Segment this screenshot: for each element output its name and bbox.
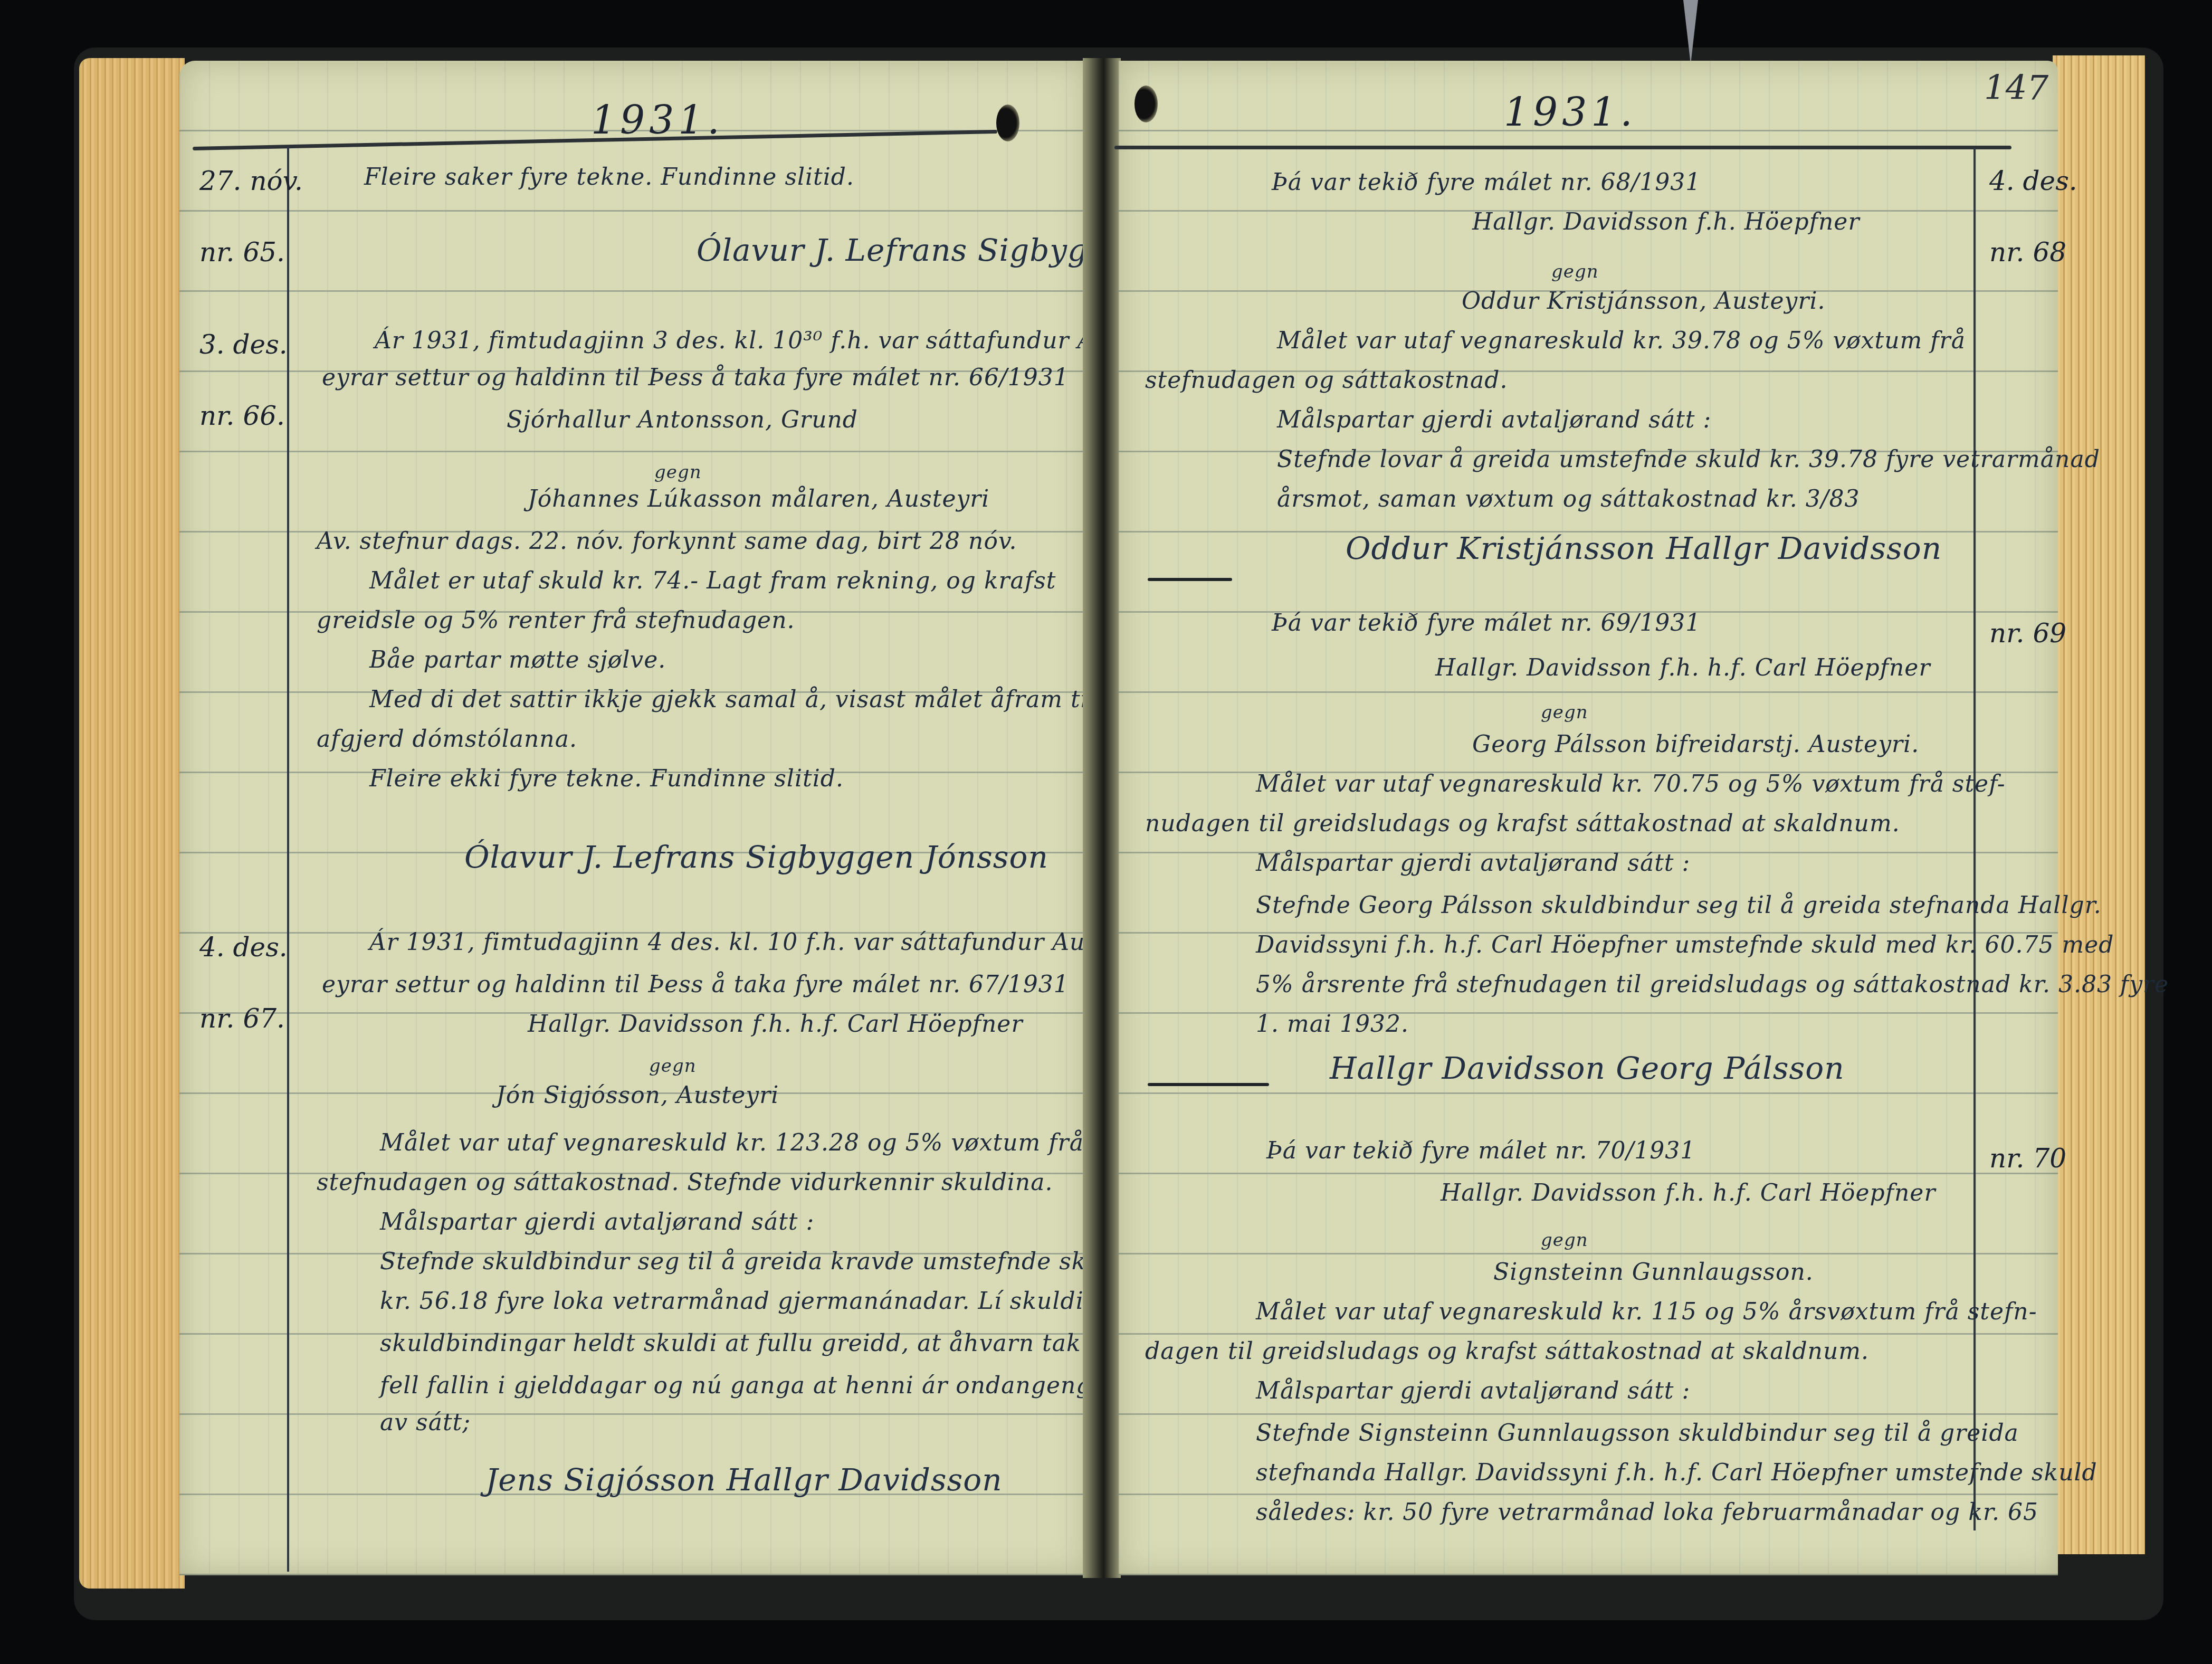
margin-case-number: nr. 65.: [199, 239, 303, 265]
margin-case-number: nr. 66.: [199, 403, 288, 429]
gegn-label: gegn: [1541, 702, 1588, 723]
signature-line: Jens Sigjósson Hallgr Davidsson: [485, 1462, 1003, 1498]
text-line: Ár 1931, fimtudagjinn 3 des. kl. 10³⁰ f.…: [375, 327, 1141, 354]
party-name: Signsteinn Gunnlaugsson.: [1493, 1259, 1814, 1286]
text-line: stefnanda Hallgr. Davidssyni f.h. h.f. C…: [1256, 1459, 2097, 1486]
margin-case-number: nr. 69: [1989, 620, 2066, 646]
margin-entry-67: 4. des. nr. 67.: [199, 934, 288, 1077]
text-line: eyrar settur og haldinn til Þess å taka …: [322, 971, 1069, 998]
margin-entry-65: 27. nóv. nr. 65.: [199, 168, 303, 310]
party-name: Sjórhallur Antonsson, Grund: [507, 406, 858, 433]
text-line: stefnudagen og sáttakostnad.: [1145, 367, 1508, 394]
text-line: Med di det sattir ikkje gjekk samal å, v…: [369, 686, 1097, 713]
text-line: Målet var utaf vegnareskuld kr. 123.28 o…: [380, 1129, 1084, 1156]
gegn-label: gegn: [1551, 261, 1599, 282]
margin-case-number: nr. 67.: [199, 1005, 288, 1032]
party-name: Hallgr. Davidsson f.h. Höepfner: [1472, 208, 1860, 235]
party-name: Jóhannes Lúkasson målaren, Austeyri: [528, 486, 989, 512]
text-line: Þá var tekið fyre málet nr. 68/1931: [1272, 169, 1701, 196]
margin-case-number: nr. 68: [1989, 239, 2077, 265]
pointer-blade: [1683, 0, 1698, 64]
page-edges-left: [79, 58, 185, 1589]
text-line: Målspartar gjerdi avtaljørand sátt :: [1256, 850, 1690, 877]
text-line: Målet var utaf vegnareskuld kr. 70.75 og…: [1256, 771, 2006, 797]
gegn-label: gegn: [1541, 1230, 1588, 1251]
text-line: kr. 56.18 fyre loka vetrarmånad gjermaná…: [380, 1288, 1177, 1315]
party-name: Hallgr. Davidsson f.h. h.f. Carl Höepfne…: [1441, 1180, 1936, 1206]
margin-case-number: nr. 70: [1989, 1145, 2066, 1172]
margin-entry-69: nr. 69: [1989, 620, 2066, 691]
text-line: Målet er utaf skuld kr. 74.- Lagt fram r…: [369, 567, 1056, 594]
text-line: Målspartar gjerdi avtaljørand sátt :: [380, 1209, 814, 1235]
text-line: dagen til greidsludags og krafst sáttako…: [1145, 1338, 1869, 1365]
text-line: stefnudagen og sáttakostnad. Stefnde vid…: [317, 1169, 1053, 1196]
margin-date: 3. des.: [199, 331, 288, 358]
party-name: Oddur Kristjánsson, Austeyri.: [1462, 288, 1826, 315]
year-heading-right: 1931.: [1504, 90, 1637, 135]
book-gutter: [1083, 58, 1121, 1578]
year-heading-left: 1931.: [591, 98, 724, 143]
text-line: nudagen til greidsludags og krafst sátta…: [1145, 810, 1900, 837]
text-line: skuldbindingar heldt skuldi at fullu gre…: [380, 1330, 1179, 1357]
text-line: Stefnde lovar å greida umstefnde skuld k…: [1277, 446, 2100, 473]
text-line: Av. stefnur dags. 22. nóv. forkynnt same…: [317, 528, 1017, 555]
text-line: Fleire saker fyre tekne. Fundinne slitid…: [364, 164, 854, 191]
text-line: afgjerd dómstólanna.: [317, 726, 577, 753]
text-line: Målet var utaf vegnareskuld kr. 115 og 5…: [1256, 1298, 2037, 1325]
text-line: således: kr. 50 fyre vetrarmånad loka fe…: [1256, 1499, 2038, 1526]
text-line: Ár 1931, fimtudagjinn 4 des. kl. 10 f.h.…: [369, 929, 1115, 956]
text-line: Fleire ekki fyre tekne. Fundinne slitid.: [369, 765, 844, 792]
text-line: årsmot, saman vøxtum og sáttakostnad kr.…: [1277, 486, 1860, 512]
signature-line: Hallgr Davidsson Georg Pálsson: [1330, 1050, 1845, 1086]
margin-entry-66: 3. des. nr. 66.: [199, 331, 288, 474]
margin-date: 27. nóv.: [199, 168, 303, 194]
margin-entry-68: 4. des. nr. 68: [1989, 168, 2077, 310]
text-line: Målet var utaf vegnareskuld kr. 39.78 og…: [1277, 327, 1966, 354]
text-line: Stefnde Georg Pálsson skuldbindur seg ti…: [1256, 892, 2102, 919]
text-line: Þá var tekið fyre málet nr. 70/1931: [1266, 1137, 1695, 1164]
gegn-label: gegn: [654, 462, 702, 483]
text-line: Målspartar gjerdi avtaljørand sátt :: [1277, 406, 1711, 433]
text-line: 1. mai 1932.: [1256, 1011, 1409, 1038]
text-line: fell fallin i gjelddagar og nú ganga at …: [380, 1372, 1175, 1399]
party-name: Jón Sigjósson, Austeyri: [496, 1082, 779, 1109]
page-number: 147: [1984, 69, 2048, 108]
binder-hole-left: [996, 104, 1019, 141]
signature-line: Ólavur J. Lefrans Sigbyggen Jónsson: [464, 839, 1048, 875]
text-line: Målspartar gjerdi avtaljørand sátt :: [1256, 1377, 1690, 1404]
binder-hole-right: [1134, 85, 1158, 122]
text-line: av sátt;: [380, 1409, 471, 1436]
text-line: 5% årsrente frå stefnudagen til greidslu…: [1256, 971, 2169, 998]
text-line: Stefnde skuldbindur seg til å greida kra…: [380, 1248, 1185, 1275]
party-name: Georg Pálsson bifreidarstj. Austeyri.: [1472, 731, 1919, 758]
signature-line: Oddur Kristjánsson Hallgr Davidsson: [1346, 530, 1942, 566]
gegn-label: gegn: [649, 1056, 697, 1077]
text-line: Þá var tekið fyre málet nr. 69/1931: [1272, 610, 1701, 636]
case-separator: [1148, 578, 1232, 581]
margin-date: 4. des.: [199, 934, 288, 961]
margin-date: 4. des.: [1989, 168, 2077, 194]
text-line: Stefnde Signsteinn Gunnlaugsson skuldbin…: [1256, 1420, 2019, 1447]
margin-entry-70: nr. 70: [1989, 1145, 2066, 1216]
text-line: greidsle og 5% renter frå stefnudagen.: [317, 607, 795, 634]
case-separator: [1148, 1083, 1269, 1086]
text-line: Davidssyni f.h. h.f. Carl Höepfner umste…: [1256, 931, 2114, 958]
header-rule-right: [1114, 146, 2011, 149]
party-name: Hallgr. Davidsson f.h. h.f. Carl Höepfne…: [528, 1011, 1023, 1038]
text-line: eyrar settur og haldinn til Þess å taka …: [322, 364, 1069, 391]
party-name: Hallgr. Davidsson f.h. h.f. Carl Höepfne…: [1435, 654, 1930, 681]
text-line: Båe partar møtte sjølve.: [369, 646, 666, 673]
